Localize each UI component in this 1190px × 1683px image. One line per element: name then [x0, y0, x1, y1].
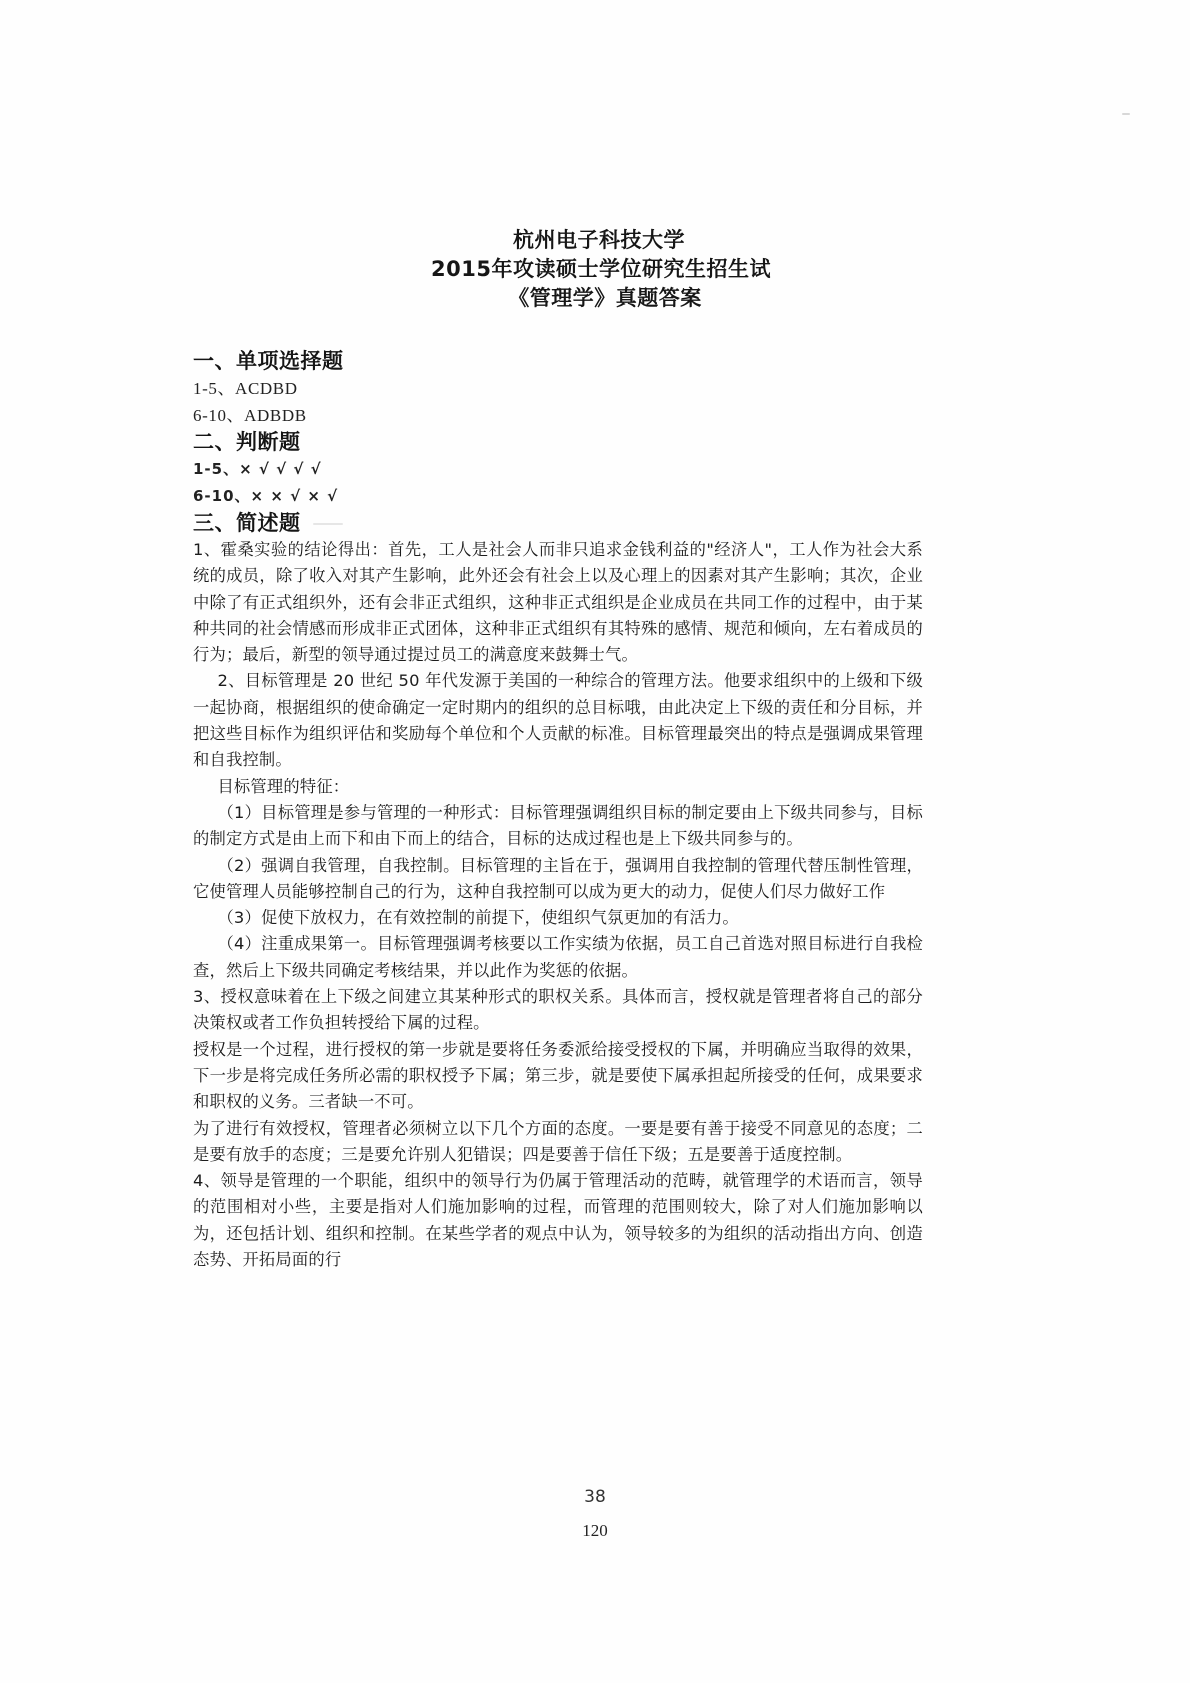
title-university: 杭州电子科技大学 — [0, 226, 1190, 255]
page-number-outer: 120 — [0, 1521, 1190, 1541]
paragraph: 1、霍桑实验的结论得出：首先，工人是社会人而非只追求金钱利益的"经济人"，工人作… — [193, 537, 923, 668]
document-body: 一、单项选择题 1-5、ACDBD 6-10、ADBDB 二、判断题 1-5、×… — [193, 348, 923, 1273]
paragraph: （3）促使下放权力，在有效控制的前提下，使组织气氛更加的有活力。 — [193, 905, 923, 931]
paragraph: （1）目标管理是参与管理的一种形式：目标管理强调组织目标的制定要由上下级共同参与… — [193, 800, 923, 853]
document-page: 杭州电子科技大学 2015年攻读硕士学位研究生招生试 《管理学》真题答案 一、单… — [0, 0, 1190, 1683]
section-heading: 一、单项选择题 — [193, 348, 923, 375]
section-true-false: 二、判断题 1-5、× √ √ √ √ 6-10、× × √ × √ — [193, 429, 923, 510]
paragraph: 目标管理的特征： — [193, 774, 923, 800]
paragraph: 授权是一个过程，进行授权的第一步就是要将任务委派给接受授权的下属，并明确应当取得… — [193, 1037, 923, 1116]
document-title: 杭州电子科技大学 2015年攻读硕士学位研究生招生试 《管理学》真题答案 — [0, 226, 1190, 313]
paragraph: 2、目标管理是 20 世纪 50 年代发源于美国的一种综合的管理方法。他要求组织… — [193, 668, 923, 773]
paragraph: 3、授权意味着在上下级之间建立其某种形式的职权关系。具体而言，授权就是管理者将自… — [193, 984, 923, 1037]
section-short-answer: 三、简述题 1、霍桑实验的结论得出：首先，工人是社会人而非只追求金钱利益的"经济… — [193, 510, 923, 1273]
section-heading: 二、判断题 — [193, 429, 923, 456]
section-heading: 三、简述题 — [193, 510, 923, 537]
paragraph: 为了进行有效授权，管理者必须树立以下几个方面的态度。一要是要有善于接受不同意见的… — [193, 1116, 923, 1169]
section-single-choice: 一、单项选择题 1-5、ACDBD 6-10、ADBDB — [193, 348, 923, 429]
scan-artifact — [1122, 113, 1130, 115]
answer-line: 1-5、ACDBD — [193, 375, 923, 402]
paragraph: （4）注重成果第一。目标管理强调考核要以工作实绩为依据，员工自己首选对照目标进行… — [193, 931, 923, 984]
title-exam: 2015年攻读硕士学位研究生招生试 — [0, 255, 1190, 284]
answer-line: 6-10、ADBDB — [193, 402, 923, 429]
answer-line: 1-5、× √ √ √ √ — [193, 456, 923, 483]
paragraph: （2）强调自我管理，自我控制。目标管理的主旨在于，强调用自我控制的管理代替压制性… — [193, 853, 923, 906]
answer-line: 6-10、× × √ × √ — [193, 483, 923, 510]
page-number-inner: 38 — [0, 1487, 1190, 1507]
title-subject: 《管理学》真题答案 — [0, 284, 1190, 313]
paragraph: 4、领导是管理的一个职能，组织中的领导行为仍属于管理活动的范畴，就管理学的术语而… — [193, 1168, 923, 1273]
